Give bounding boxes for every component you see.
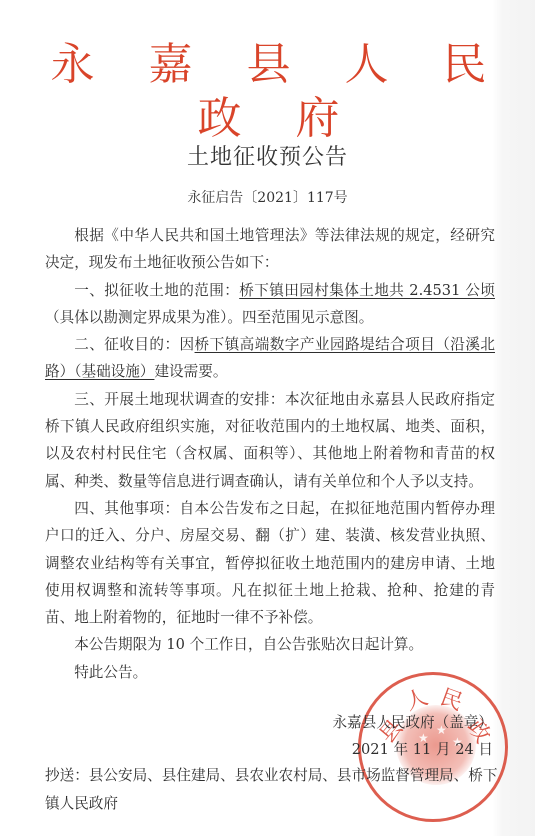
document-number: 永征启告〔2021〕117号 [0,188,535,208]
section-1-label: 一、拟征收土地的范围： [74,282,239,299]
period-paragraph: 本公告期限为 10 个工作日，自公告张贴次日起计算。 [45,631,495,658]
signature-date: 2021 年 11 月 24 日 [332,736,493,763]
document-page: 永 嘉 县 人 民 政 府 土地征收预公告 永征启告〔2021〕117号 根据《… [0,0,535,836]
document-title: 土地征收预公告 [0,143,535,173]
section-2-rest: 建设需要。 [154,363,227,380]
signature-issuer: 永嘉县人民政府（盖章） [332,709,493,736]
cc-label: 抄送： [45,767,89,784]
intro-paragraph: 根据《中华人民共和国土地管理法》等法律法规的规定，经研究决定，现发布土地征收预公… [45,222,495,277]
section-1-rest: （具体以勘测定界成果为准）。四至范围见示意图。 [45,309,373,326]
document-body: 根据《中华人民共和国土地管理法》等法律法规的规定，经研究决定，现发布土地征收预公… [45,222,495,686]
cc-recipients: 县公安局、县住建局、县农业农村局、县市场监督管理局、桥下镇人民政府 [45,767,497,812]
section-3-survey: 三、开展土地现状调查的安排：本次征地由永嘉县人民政府指定桥下镇人民政府组织实施，… [45,386,495,495]
section-1-scope: 一、拟征收土地的范围：桥下镇田园村集体土地共 2.4531 公顷（具体以勘测定界… [45,277,495,332]
signature-block: 永嘉县人民政府（盖章） 2021 年 11 月 24 日 [332,709,493,763]
section-1-land-area: 桥下镇田园村集体土地共 2.4531 公顷 [239,282,495,299]
issuer-header: 永 嘉 县 人 民 政 府 [0,38,535,146]
section-2-label: 二、征收目的：因 [74,336,194,353]
cc-list: 抄送：县公安局、县住建局、县农业农村局、县市场监督管理局、桥下镇人民政府 [45,762,505,818]
section-4-other: 四、其他事项：自本公告发布之日起，在拟征地范围内暂停办理户口的迁入、分户、房屋交… [45,495,495,631]
section-2-purpose: 二、征收目的：因桥下镇高端数字产业园路堤结合项目（沿溪北路）（基础设施）建设需要… [45,331,495,386]
